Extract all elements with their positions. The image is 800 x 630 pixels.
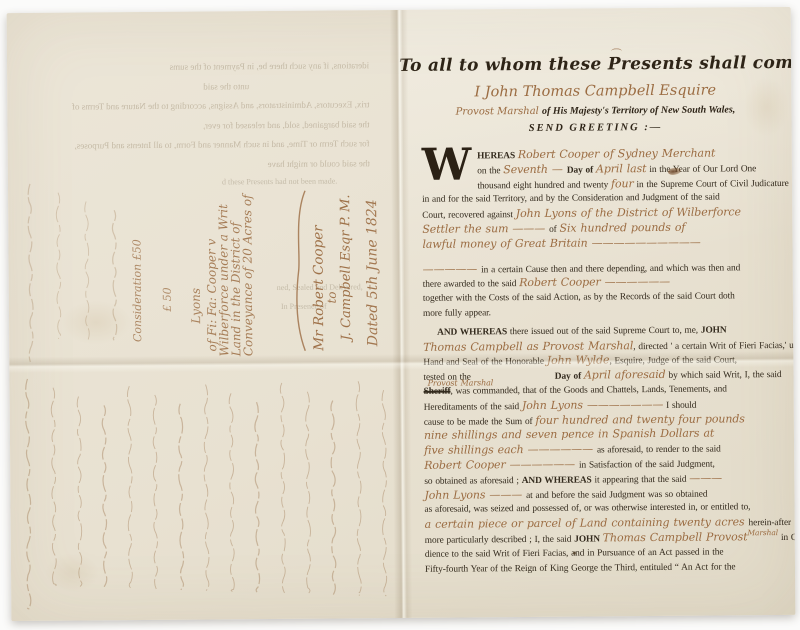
document-text-line: Fifty-fourth Year of the Reign of King G… bbox=[425, 560, 781, 578]
docket-line: £ 50 bbox=[161, 287, 174, 312]
illegible-cursive-stroke bbox=[153, 395, 158, 589]
printed-text: together with the Costs of the said Acti… bbox=[423, 292, 735, 304]
printed-text: AND WHEREAS bbox=[522, 475, 595, 486]
printed-text: JOHN bbox=[701, 325, 727, 335]
printed-text: I should bbox=[663, 400, 696, 410]
illegible-cursive-stroke bbox=[25, 379, 31, 609]
printed-text: on the bbox=[477, 166, 503, 176]
printed-text: as aforesaid, to render to the said bbox=[597, 445, 721, 456]
illegible-cursive-stroke bbox=[102, 405, 107, 587]
handwritten-text: John Lyons ——————— bbox=[522, 398, 663, 412]
printed-text: as aforesaid, was seized and possessed o… bbox=[425, 503, 751, 516]
illegible-cursive-stroke bbox=[229, 393, 234, 591]
document-heading: To all to whom these Presents shall come… bbox=[399, 53, 791, 76]
illegible-cursive-stroke bbox=[255, 402, 260, 592]
docket-line: Consideration £50 bbox=[130, 239, 144, 342]
printed-text: cause to be made the Sum of bbox=[424, 416, 536, 427]
illegible-cursive-stroke bbox=[127, 386, 133, 588]
printed-text: of bbox=[549, 225, 560, 235]
printed-text: in the Year of Our Lord One bbox=[646, 164, 756, 175]
handwritten-text: ——— bbox=[689, 471, 722, 484]
left-page: iderations, if any such there be, in Pay… bbox=[7, 10, 404, 621]
handwritten-text: lawful money of Great Britain —————————— bbox=[422, 235, 700, 250]
printed-text: in and for the said Territory, and by th… bbox=[422, 193, 720, 205]
document-text-line: more fully appear. bbox=[423, 304, 779, 322]
illegible-cursive-stroke bbox=[305, 392, 311, 594]
handwritten-name-line: I John Thomas Campbell Esquire bbox=[399, 82, 791, 101]
illegible-cursive-stroke bbox=[51, 388, 56, 586]
printed-text: at and before the said Judgment was so o… bbox=[526, 489, 707, 500]
printed-text: , directed ' a certain Writ of Fieri Fac… bbox=[633, 340, 795, 351]
handwritten-text: Thomas Campbell Provost bbox=[603, 530, 748, 544]
docket-line: to bbox=[325, 291, 339, 303]
faint-print-fragment: d these Presents had not been made. bbox=[222, 176, 337, 186]
handwritten-text: Seventh — bbox=[503, 162, 567, 175]
bleedthrough-line: the said bargained, sold, and released f… bbox=[21, 115, 369, 137]
photo-background: iderations, if any such there be, in Pay… bbox=[0, 0, 800, 630]
printed-text: it appearing that the said bbox=[594, 474, 689, 485]
printed-text: in a certain Cause then and there depend… bbox=[481, 263, 740, 275]
printed-text: more particularly described ; I, the sai… bbox=[425, 535, 575, 546]
printed-text: AND WHEREAS bbox=[437, 327, 510, 338]
printed-text: HEREAS bbox=[477, 151, 518, 161]
printed-text: in Satisfaction of the said Judgment, bbox=[579, 459, 715, 470]
illegible-cursive-stroke bbox=[28, 184, 34, 362]
bleedthrough-line: iderations, if any such there be, in Pay… bbox=[21, 56, 369, 78]
handwritten-text: Robert Cooper —————— bbox=[519, 275, 670, 289]
handwritten-text: John Lyons ——— bbox=[424, 488, 526, 502]
right-page: To all to whom these Presents shall come… bbox=[399, 7, 796, 618]
handwritten-text: April aforesaid bbox=[584, 368, 666, 382]
handwritten-text: Six hundred pounds of bbox=[559, 221, 685, 235]
office-line: Provost Marshal of His Majesty's Territo… bbox=[399, 104, 791, 118]
handwritten-text: four bbox=[611, 177, 634, 190]
docket-line: Mr Robert Cooper bbox=[310, 225, 327, 350]
handwritten-text: April last bbox=[596, 162, 647, 175]
printed-text: herein-after bbox=[748, 518, 791, 528]
docket-line: Dated 5th June 1824 bbox=[364, 199, 381, 346]
handwritten-text: five shillings each —————— bbox=[424, 443, 597, 457]
illegible-cursive-stroke bbox=[85, 201, 90, 339]
docket-brace bbox=[291, 189, 310, 354]
printed-text: thousand eight hundred and twenty bbox=[477, 180, 611, 191]
printed-text: Day of bbox=[555, 372, 584, 382]
illegible-cursive-stroke bbox=[381, 390, 387, 596]
illegible-cursive-stroke bbox=[77, 397, 82, 587]
illegible-cursive-stroke bbox=[178, 404, 184, 590]
illegible-cursive-stroke bbox=[112, 210, 117, 340]
printed-text: JOHN bbox=[574, 534, 603, 544]
illegible-cursive-stroke bbox=[56, 193, 61, 339]
handwritten-text: Thomas Campbell as Provost Marshal bbox=[423, 339, 633, 354]
faint-handwriting-upper-left bbox=[22, 177, 123, 368]
printed-text: Court, recovered against bbox=[422, 210, 516, 221]
handwritten-text: Provost Marshal bbox=[427, 376, 493, 391]
illegible-cursive-stroke bbox=[280, 383, 285, 593]
bleedthrough-line: unto the said bbox=[21, 76, 369, 98]
illegible-cursive-stroke bbox=[331, 401, 336, 595]
handwritten-text: Settler the sum ——— bbox=[422, 222, 549, 236]
docket-endorsement: Dated 5th June 1824J. Campbell Esqr P. M… bbox=[7, 10, 399, 13]
bleedthrough-printed-text: iderations, if any such there be, in Pay… bbox=[21, 56, 370, 176]
printed-text: there issued out of the said Supreme Cou… bbox=[510, 325, 701, 336]
handwritten-text: Marshal bbox=[747, 528, 778, 537]
printed-text: Day of bbox=[567, 165, 596, 175]
printed-text: so obtained as aforesaid ; bbox=[424, 476, 521, 487]
docket-line: of Fi: Fa: Cooper v bbox=[204, 239, 219, 352]
docket-line: Lyons bbox=[189, 288, 203, 324]
printed-text: Hereditaments of the said bbox=[424, 402, 522, 413]
bleedthrough-line: trix, Executors, Administrators, and Ass… bbox=[21, 95, 369, 117]
illegible-cursive-stroke bbox=[356, 381, 362, 595]
bleedthrough-line: for such Term or Time, and in such Manne… bbox=[22, 134, 370, 156]
handwritten-text: four hundred and twenty four pounds bbox=[535, 412, 745, 427]
greeting-line: SEND GREETING :— bbox=[400, 121, 792, 135]
printed-office: of His Majesty's Territory of New South … bbox=[542, 104, 735, 117]
handwritten-text: a certain piece or parcel of Land contai… bbox=[425, 515, 749, 531]
bleedthrough-line: the said could or might have bbox=[22, 154, 370, 176]
handwritten-text: nine shillings and seven pence in Spanis… bbox=[424, 427, 714, 442]
document-text-line: lawful money of Great Britain —————————— bbox=[422, 235, 778, 253]
handwritten-office: Provost Marshal bbox=[456, 106, 543, 118]
docket-line: J. Campbell Esqr P. M. bbox=[338, 194, 354, 340]
printed-text: more fully appear. bbox=[423, 308, 491, 319]
handwritten-text: Robert Cooper of Sydney Merchant bbox=[518, 147, 716, 162]
printed-text: Fifty-fourth Year of the Reign of King G… bbox=[425, 562, 736, 574]
printed-text: there awarded to the said bbox=[423, 279, 520, 290]
print-fragments: d these Presents had not been made.ned, … bbox=[7, 10, 399, 13]
printed-text: in Obe- bbox=[778, 533, 795, 543]
historical-document: iderations, if any such there be, in Pay… bbox=[7, 7, 796, 621]
printed-text: in the Supreme Court of Civil Judicature bbox=[634, 179, 789, 190]
faint-handwriting-lower-half bbox=[19, 370, 393, 615]
illegible-cursive-stroke bbox=[203, 385, 209, 591]
printed-text: by which said Writ, I, the said bbox=[666, 370, 782, 381]
handwritten-text: Robert Cooper —————— bbox=[424, 458, 579, 472]
handwritten-text: John Lyons of the District of Wilberforc… bbox=[516, 206, 741, 221]
ink-speck bbox=[573, 552, 576, 555]
handwritten-text: ————— bbox=[423, 262, 482, 275]
